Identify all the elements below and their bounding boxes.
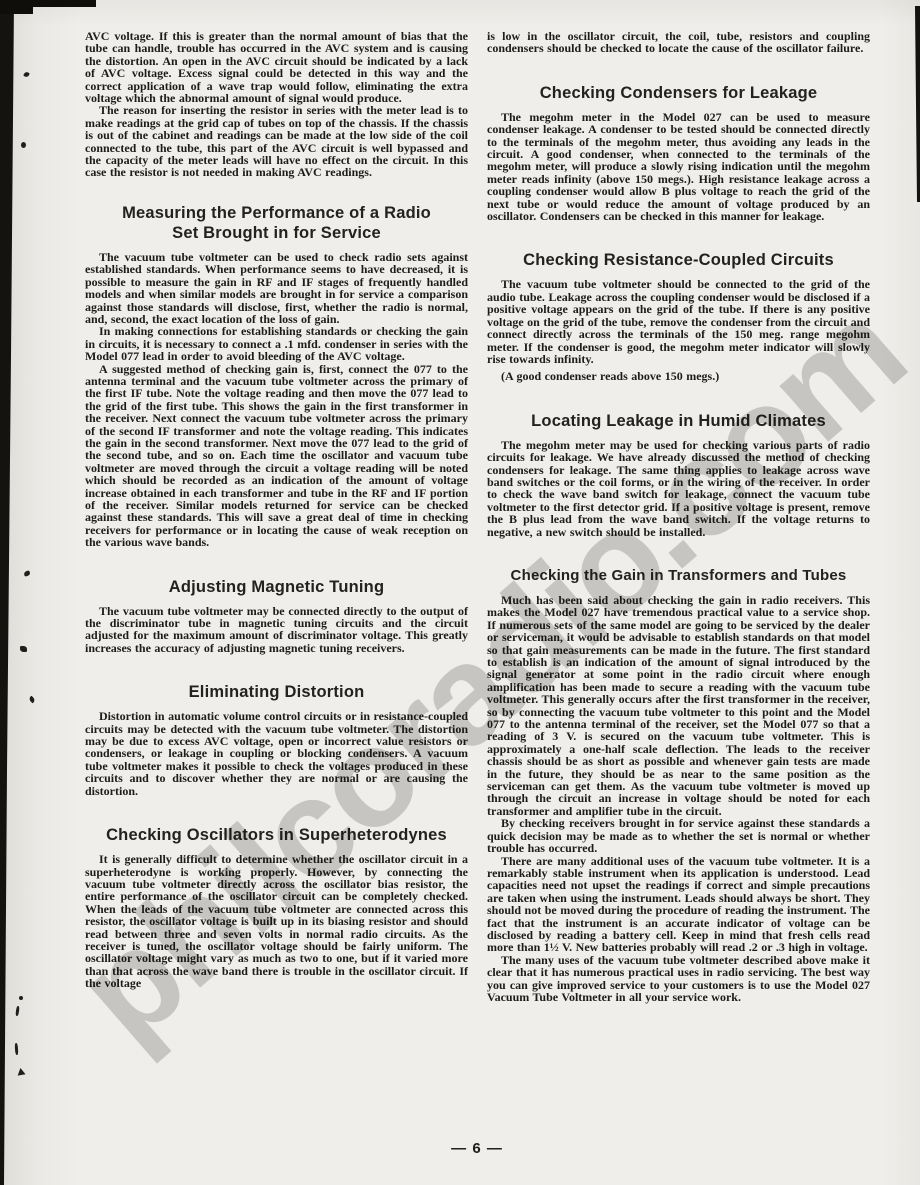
paragraph-quick-decision: By checking receivers brought in for ser… [487, 817, 870, 854]
heading-eliminating-distortion: Eliminating Distortion [85, 682, 468, 702]
ink-speck [23, 71, 30, 78]
heading-adjusting-magnetic-tuning: Adjusting Magnetic Tuning [85, 577, 468, 597]
paragraph-oscillator-check: It is generally difficult to determine w… [85, 853, 468, 989]
paragraph-oscillator-failure: is low in the oscillator circuit, the co… [487, 30, 870, 55]
heading-gain-transformers: Checking the Gain in Transformers and Tu… [487, 566, 870, 586]
scanned-manual-page: AVC voltage. If this is greater than the… [0, 0, 920, 1185]
heading-resistance-coupled: Checking Resistance-Coupled Circuits [487, 250, 870, 270]
paragraph-suggested-method: A suggested method of checking gain is, … [85, 363, 468, 549]
ink-speck [15, 1043, 19, 1055]
heading-checking-oscillators: Checking Oscillators in Superheterodynes [85, 825, 468, 845]
right-column: is low in the oscillator circuit, the co… [487, 30, 870, 1003]
paragraph-avc-voltage: AVC voltage. If this is greater than the… [85, 30, 468, 104]
heading-checking-condensers: Checking Condensers for Leakage [487, 83, 870, 103]
ink-speck [20, 646, 27, 652]
binding-edge-strip [0, 0, 16, 1185]
paragraph-many-uses: The many uses of the vacuum tube voltmet… [487, 954, 870, 1004]
heading-humid-climates: Locating Leakage in Humid Climates [487, 411, 870, 431]
paragraph-resistor-reason: The reason for inserting the resistor in… [85, 104, 468, 178]
left-column: AVC voltage. If this is greater than the… [85, 30, 468, 990]
paragraph-good-condenser-note: (A good condenser reads above 150 megs.) [487, 370, 870, 382]
page-number: — 6 — [85, 1140, 869, 1157]
paragraph-check-against-standards: The vacuum tube voltmeter can be used to… [85, 251, 468, 325]
paragraph-megohm-meter: The megohm meter in the Model 027 can be… [487, 111, 870, 223]
paragraph-magnetic-tuning: The vacuum tube voltmeter may be connect… [85, 605, 468, 655]
paragraph-gain-standards: Much has been said about checking the ga… [487, 594, 870, 817]
ink-speck [21, 142, 26, 148]
scan-edge-corner [0, 0, 33, 14]
ink-speck [15, 1006, 19, 1016]
paragraph-distortion: Distortion in automatic volume control c… [85, 710, 468, 797]
scan-edge-right-strip [914, 6, 920, 202]
ink-speck [23, 570, 30, 576]
paragraph-additional-uses: There are many additional uses of the va… [487, 855, 870, 954]
ink-speck [19, 996, 23, 1000]
paragraph-humid-leakage: The megohm meter may be used for checkin… [487, 439, 870, 538]
ink-speck [16, 1067, 25, 1075]
ink-speck [28, 696, 36, 704]
paragraph-making-connections: In making connections for establishing s… [85, 325, 468, 362]
paragraph-audio-grid: The vacuum tube voltmeter should be conn… [487, 278, 870, 365]
heading-measuring-performance: Measuring the Performance of a Radio Set… [117, 203, 437, 243]
